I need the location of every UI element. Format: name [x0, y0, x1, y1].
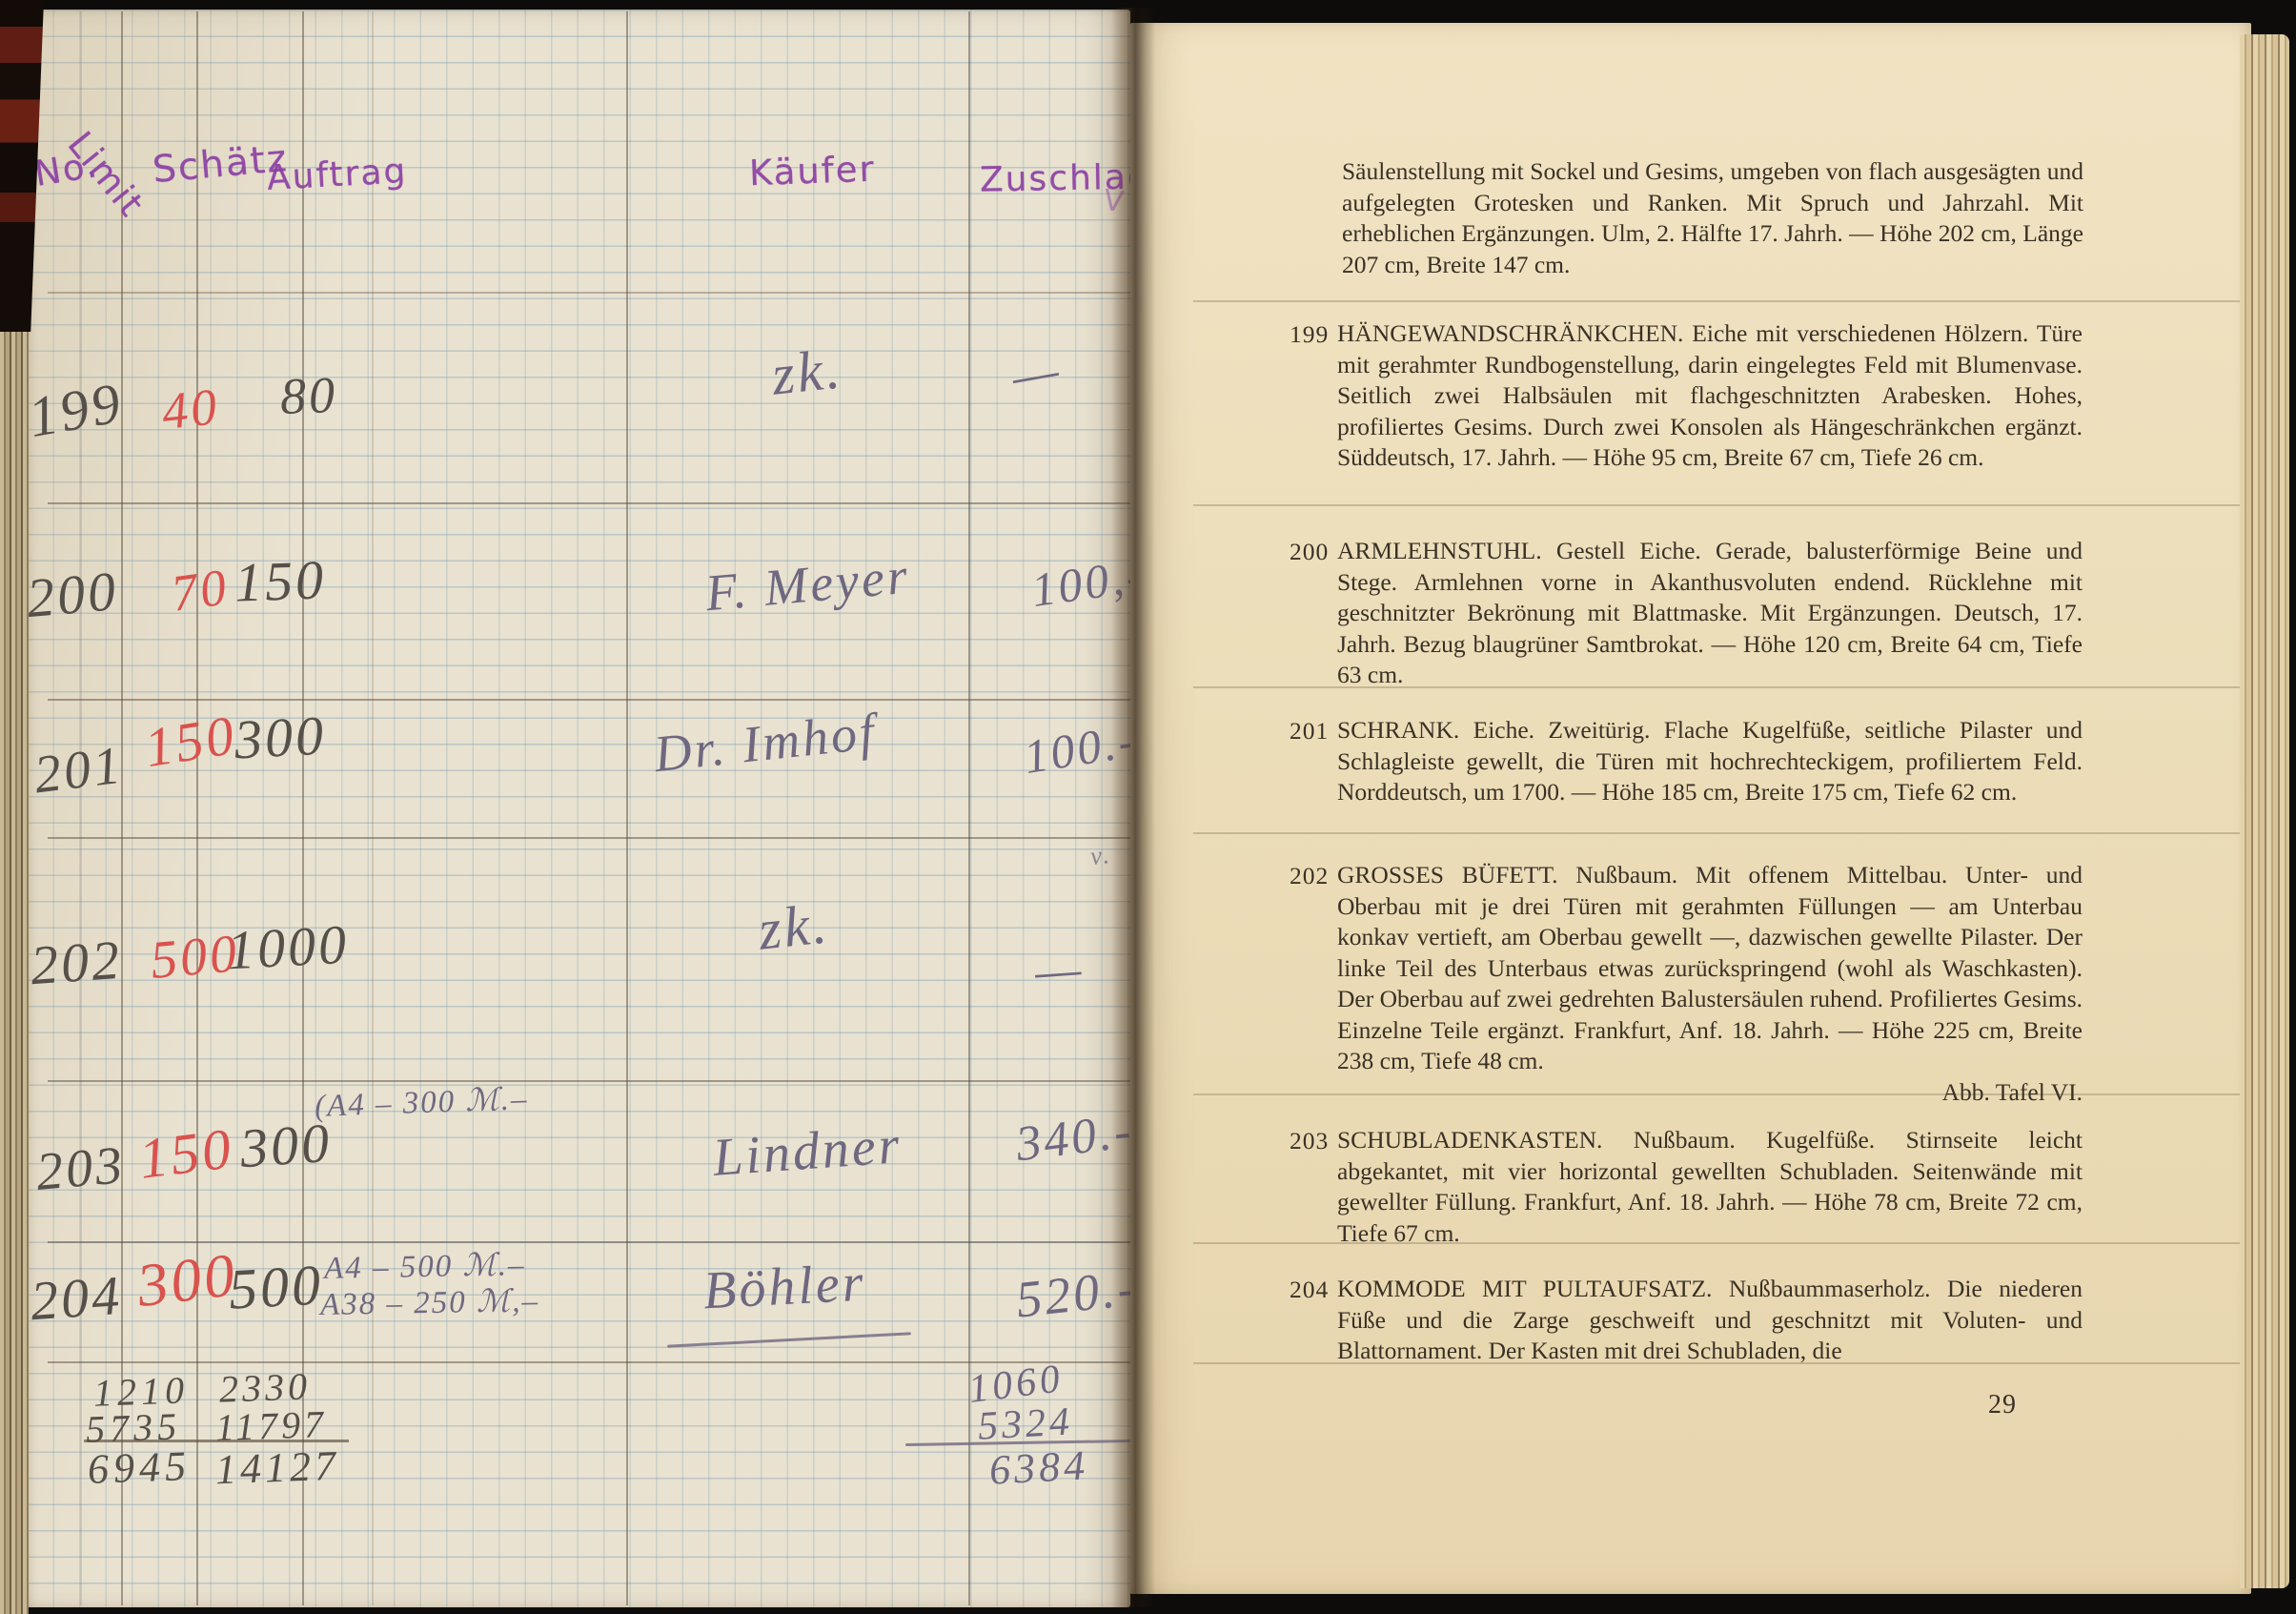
lot-201: 201 SCHRANK. Eiche. Zweitürig. Flache Ku… [1337, 715, 2083, 808]
row-separator-line [48, 837, 1130, 839]
row-204-schaetz: 500 [227, 1252, 324, 1322]
lot-text: SCHUBLADENKASTEN. Nußbaum. Kugelfüße. St… [1337, 1126, 2083, 1247]
lot-202: 202 GROSSES BÜFETT. Nußbaum. Mit offenem… [1337, 860, 2083, 1108]
row-200-no: 200 [24, 559, 120, 630]
row-200-limit: 70 [168, 557, 233, 623]
column-rule [80, 11, 82, 1605]
row-203-limit: 150 [135, 1115, 237, 1193]
page-number: 29 [1988, 1390, 2017, 1420]
column-rule [121, 11, 123, 1605]
row-201-no: 201 [30, 735, 126, 807]
column-rule [372, 11, 374, 1605]
total-schaetz-sum: 14127 [214, 1441, 340, 1495]
lot-separator-rule [1193, 300, 2240, 302]
lot-text: SCHRANK. Eiche. Zweitürig. Flache Kugelf… [1337, 716, 2083, 806]
margin-mark-mid: v. [1088, 840, 1113, 871]
lot-number: 199 [1290, 319, 1333, 351]
book-spread-photo: No. Limit Schätz Auftrag Käufer Zuschlag… [0, 0, 2296, 1614]
lot-number: 202 [1290, 861, 1333, 892]
row-203-schaetz: 300 [238, 1111, 334, 1181]
lot-number: 203 [1290, 1126, 1333, 1157]
row-202-no: 202 [29, 928, 124, 998]
header-kaeufer: Käufer [748, 149, 876, 194]
row-203-auftrag-note: (A4 – 300 ℳ.– [314, 1079, 529, 1125]
lot-number: 200 [1290, 537, 1333, 568]
lot-203: 203 SCHUBLADENKASTEN. Nußbaum. Kugelfüße… [1337, 1125, 2083, 1249]
row-199-limit: 40 [159, 377, 222, 441]
row-separator-line [48, 1080, 1130, 1082]
row-separator-line [48, 1361, 1130, 1363]
row-201-schaetz: 300 [233, 704, 327, 772]
row-203-no: 203 [33, 1134, 127, 1203]
row-separator-line [48, 699, 1130, 701]
lot-plate-reference: Abb. Tafel VI. [1337, 1077, 2083, 1109]
lot-198-continuation: Säulenstellung mit Sockel und Gesims, um… [1342, 156, 2083, 280]
lot-199: 199 HÄNGEWANDSCHRÄNKCHEN. Eiche mit vers… [1337, 318, 2083, 474]
lot-text: ARMLEHNSTUHL. Gestell Eiche. Gerade, bal… [1337, 537, 2083, 688]
lot-text: KOMMODE MIT PULTAUFSATZ. Nußbaummaserhol… [1337, 1275, 2083, 1364]
ledger-page [27, 10, 1130, 1607]
row-200-schaetz: 150 [234, 547, 327, 614]
lot-text: HÄNGEWANDSCHRÄNKCHEN. Eiche mit verschie… [1337, 319, 2083, 471]
lot-number: 201 [1290, 716, 1333, 747]
row-204-auftrag-note-2: A38 – 250 ℳ,– [320, 1281, 540, 1323]
column-rule [196, 11, 198, 1605]
right-page-stack-edge [2240, 34, 2289, 1588]
book-gutter-shadow [1111, 8, 1155, 1607]
lot-text: Säulenstellung mit Sockel und Gesims, um… [1342, 157, 2083, 278]
row-204-auftrag-note: A4 – 500 ℳ.– [324, 1245, 526, 1287]
row-202-kaeufer: zk. [756, 890, 833, 963]
header-auftrag: Auftrag [266, 152, 408, 198]
row-separator-line [48, 502, 1130, 504]
row-202-zuschlag: — [1033, 938, 1086, 1000]
lot-separator-rule [1193, 504, 2240, 506]
lot-204: 204 KOMMODE MIT PULTAUFSATZ. Nußbaummase… [1337, 1274, 2083, 1367]
row-204-kaeufer: Böhler [701, 1253, 867, 1322]
lot-number: 204 [1290, 1275, 1333, 1306]
total-limit-sum: 6945 [87, 1441, 192, 1494]
row-202-schaetz: 1000 [225, 912, 350, 983]
column-rule [626, 11, 628, 1605]
row-204-limit: 300 [133, 1239, 241, 1321]
row-199-schaetz: 80 [279, 365, 338, 426]
lot-separator-rule [1193, 832, 2240, 834]
row-204-no: 204 [29, 1263, 124, 1334]
row-199-kaeufer: zk. [769, 336, 846, 408]
row-199-zuschlag: — [1007, 339, 1066, 406]
totals-sum-line [84, 1440, 349, 1442]
total-zuschlag-sum: 6384 [988, 1440, 1090, 1494]
lot-200: 200 ARMLEHNSTUHL. Gestell Eiche. Gerade,… [1337, 536, 2083, 691]
row-separator-line [48, 292, 1130, 294]
lot-text: GROSSES BÜFETT. Nußbaum. Mit offenem Mit… [1337, 861, 2083, 1074]
